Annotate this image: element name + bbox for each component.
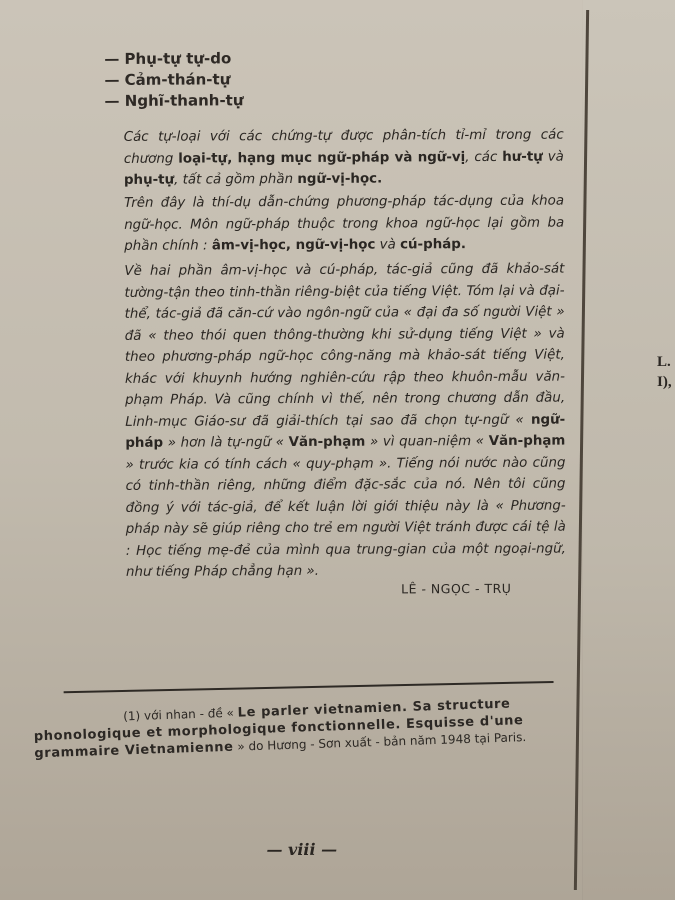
footnote: (1) với nhan - đề « Le parler vietnamien… [33, 694, 564, 763]
paragraph-text: Về hai phần âm-vị-học và cú-pháp, tác-gi… [62, 259, 566, 584]
emphasized-term: Văn-phạm [489, 434, 566, 449]
author-signature: LÊ - NGỌC - TRỤ [401, 581, 511, 597]
text-run: và [375, 237, 400, 252]
text-run: và [543, 149, 564, 164]
list-item: — Cảm-thán-tự [104, 69, 243, 91]
emphasized-term: phụ-tự [124, 173, 174, 188]
list-item: — Nghĩ-thanh-tự [104, 90, 243, 112]
facing-page-fragment: I), [657, 374, 672, 391]
text-run: » vì quan-niệm « [365, 434, 489, 450]
paragraph-2: Trên đây là thí-dụ dẫn-chứng phương-pháp… [62, 191, 564, 258]
emphasized-term: hư-tự [502, 149, 543, 164]
paragraph-1: Các tự-loại với các chứng-tự được phân-t… [62, 125, 564, 192]
emphasized-term: ngữ-vị-học. [297, 172, 382, 187]
emphasized-term: Văn-phạm [289, 435, 366, 450]
text-run: , các [465, 149, 502, 164]
page-number: — viii — [266, 840, 337, 859]
list-item: — Phụ-tự tự-do [104, 48, 243, 70]
footnote-divider [64, 681, 554, 693]
facing-page-fragment: L. [657, 354, 671, 371]
text-run: , tất cả gồm phần [174, 172, 297, 188]
book-page-right [583, 0, 675, 900]
emphasized-term: loại-tự, hạng mục ngữ-pháp và ngữ-vị [178, 150, 465, 167]
word-class-list: — Phụ-tự tự-do — Cảm-thán-tự — Nghĩ-than… [104, 48, 243, 112]
emphasized-term: âm-vị-học, ngữ-vị-học [212, 238, 376, 254]
text-run: Về hai phần âm-vị-học và cú-pháp, tác-gi… [124, 262, 565, 430]
text-run: » trước kia có tính cách « quy-phạm ». T… [125, 455, 566, 580]
emphasized-term: cú-pháp. [400, 237, 466, 252]
paragraph-text: Các tự-loại với các chứng-tự được phân-t… [62, 125, 564, 192]
page-content: — Phụ-tự tự-do — Cảm-thán-tự — Nghĩ-than… [0, 0, 587, 900]
paragraph-3: Về hai phần âm-vị-học và cú-pháp, tác-gi… [62, 259, 566, 584]
text-run: » hơn là tự-ngữ « [163, 435, 289, 451]
paragraph-text: Trên đây là thí-dụ dẫn-chứng phương-pháp… [62, 191, 564, 258]
